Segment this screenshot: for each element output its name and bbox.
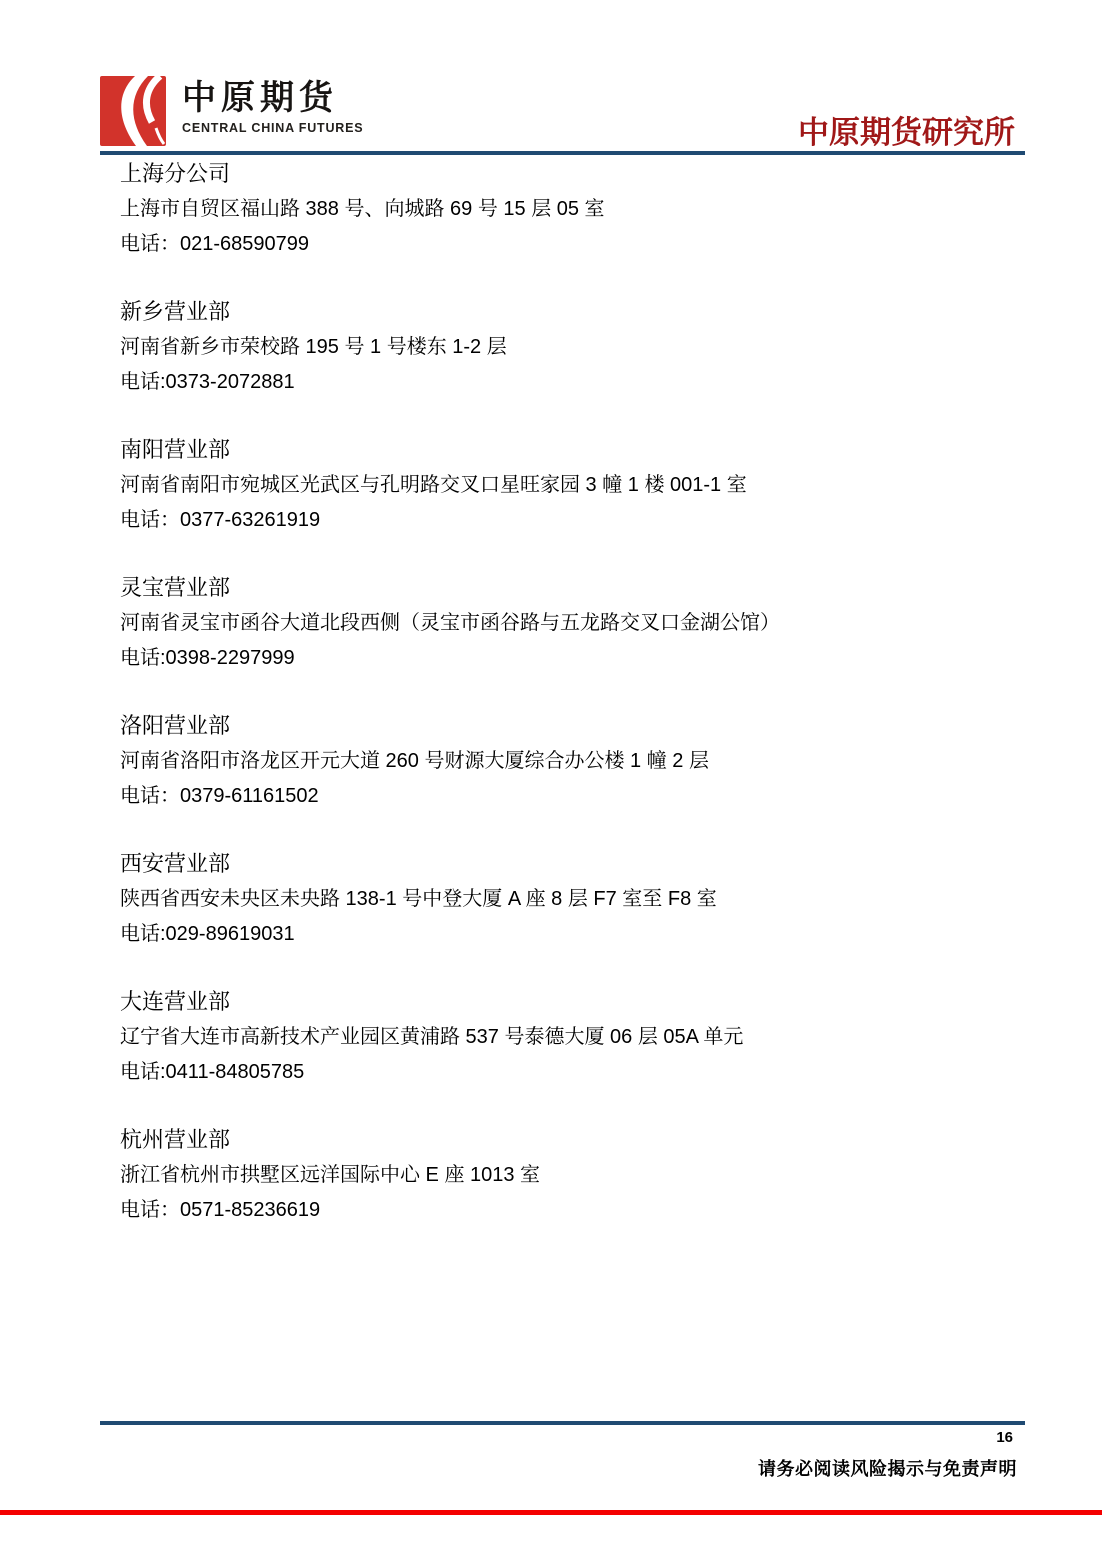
office-phone: 电话：0377-63261919 <box>120 503 1022 537</box>
office-address: 河南省新乡市荣校路 195 号 1 号楼东 1-2 层 <box>120 330 1022 365</box>
office-address: 河南省灵宝市函谷大道北段西侧（灵宝市函谷路与五龙路交叉口金湖公馆） <box>120 606 1022 641</box>
logo-name-en: CENTRAL CHINA FUTURES <box>182 121 363 135</box>
office-name: 新乡营业部 <box>120 294 1022 330</box>
office-name: 大连营业部 <box>120 984 1022 1020</box>
office-phone: 电话:029-89619031 <box>120 917 1022 951</box>
office-name: 南阳营业部 <box>120 432 1022 468</box>
office-name: 西安营业部 <box>120 846 1022 882</box>
office-phone: 电话:0411-84805785 <box>120 1055 1022 1089</box>
document-page: 中原期货 CENTRAL CHINA FUTURES 中原期货研究所 上海分公司… <box>0 0 1102 1559</box>
office-entry: 大连营业部 辽宁省大连市高新技术产业园区黄浦路 537 号泰德大厦 06 层 0… <box>120 984 1022 1089</box>
office-name: 上海分公司 <box>120 156 1022 192</box>
office-address: 河南省洛阳市洛龙区开元大道 260 号财源大厦综合办公楼 1 幢 2 层 <box>120 744 1022 779</box>
footer-divider <box>100 1421 1025 1425</box>
office-address: 陕西省西安未央区未央路 138-1 号中登大厦 A 座 8 层 F7 室至 F8… <box>120 882 1022 917</box>
company-logo: 中原期货 CENTRAL CHINA FUTURES <box>100 76 363 146</box>
office-entry: 洛阳营业部 河南省洛阳市洛龙区开元大道 260 号财源大厦综合办公楼 1 幢 2… <box>120 708 1022 813</box>
logo-name-zh: 中原期货 <box>182 80 363 116</box>
office-phone: 电话：021-68590799 <box>120 227 1022 261</box>
office-address: 浙江省杭州市拱墅区远洋国际中心 E 座 1013 室 <box>120 1158 1022 1193</box>
central-china-futures-emblem-icon <box>100 76 170 146</box>
office-name: 洛阳营业部 <box>120 708 1022 744</box>
office-address: 上海市自贸区福山路 388 号、向城路 69 号 15 层 05 室 <box>120 192 1022 227</box>
page-number: 16 <box>996 1429 1013 1446</box>
office-entry: 上海分公司 上海市自贸区福山路 388 号、向城路 69 号 15 层 05 室… <box>120 156 1022 261</box>
office-name: 杭州营业部 <box>120 1122 1022 1158</box>
header-divider <box>100 151 1025 155</box>
office-phone: 电话：0571-85236619 <box>120 1193 1022 1227</box>
office-phone: 电话:0373-2072881 <box>120 365 1022 399</box>
bottom-red-line <box>0 1510 1102 1515</box>
office-list: 上海分公司 上海市自贸区福山路 388 号、向城路 69 号 15 层 05 室… <box>120 156 1022 1260</box>
logo-text-block: 中原期货 CENTRAL CHINA FUTURES <box>182 76 363 135</box>
office-entry: 杭州营业部 浙江省杭州市拱墅区远洋国际中心 E 座 1013 室 电话：0571… <box>120 1122 1022 1227</box>
office-entry: 灵宝营业部 河南省灵宝市函谷大道北段西侧（灵宝市函谷路与五龙路交叉口金湖公馆） … <box>120 570 1022 675</box>
office-address: 辽宁省大连市高新技术产业园区黄浦路 537 号泰德大厦 06 层 05A 单元 <box>120 1020 1022 1055</box>
office-name: 灵宝营业部 <box>120 570 1022 606</box>
research-institute-title: 中原期货研究所 <box>798 107 1015 152</box>
office-entry: 南阳营业部 河南省南阳市宛城区光武区与孔明路交叉口星旺家园 3 幢 1 楼 00… <box>120 432 1022 537</box>
risk-disclaimer: 请务必阅读风险揭示与免责声明 <box>758 1455 1017 1481</box>
office-address: 河南省南阳市宛城区光武区与孔明路交叉口星旺家园 3 幢 1 楼 001-1 室 <box>120 468 1022 503</box>
office-entry: 西安营业部 陕西省西安未央区未央路 138-1 号中登大厦 A 座 8 层 F7… <box>120 846 1022 951</box>
office-phone: 电话：0379-61161502 <box>120 779 1022 813</box>
office-phone: 电话:0398-2297999 <box>120 641 1022 675</box>
office-entry: 新乡营业部 河南省新乡市荣校路 195 号 1 号楼东 1-2 层 电话:037… <box>120 294 1022 399</box>
